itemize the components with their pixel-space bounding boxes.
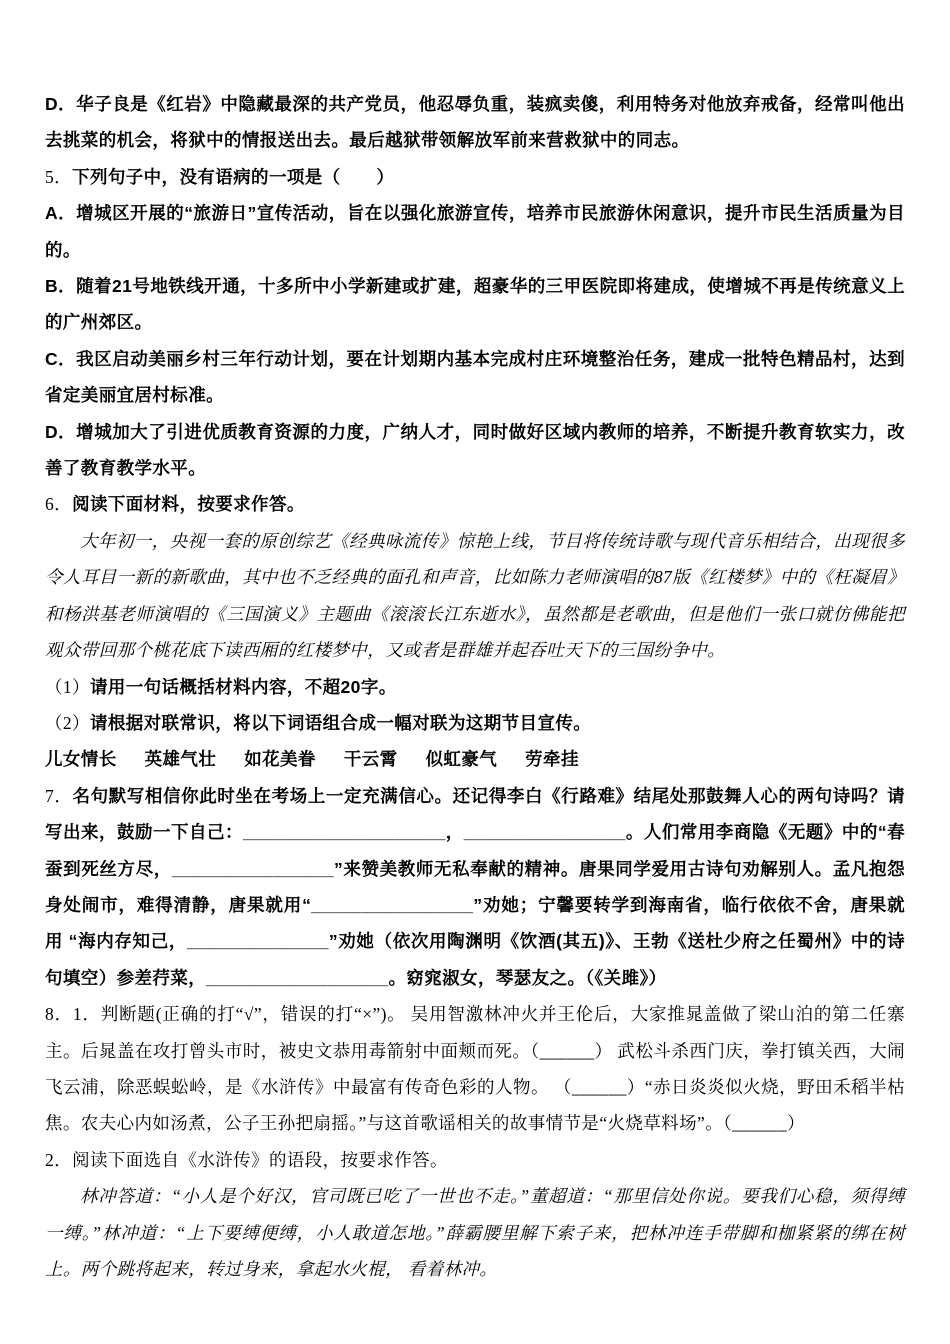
paragraph-text: 名句默写相信你此时坐在考场上一定充满信心。还记得李白《行路难》结尾处那鼓舞人心的… (45, 786, 905, 988)
paragraph-text: 阅读下面材料，按要求作答。 (72, 494, 305, 514)
question-8-sub-2-stem: 2．阅读下面选自《水浒传》的语段，按要求作答。 (45, 1142, 905, 1178)
paragraph-text: 判断题(正确的打“√”，错误的打“×”)。 吴用智激林冲火并王伦后，大家推晁盖做… (45, 1004, 905, 1133)
couplet-word: 劳牵挂 (525, 749, 579, 769)
question-8-judgment: 8．1．判断题(正确的打“√”，错误的打“×”)。 吴用智激林冲火并王伦后，大家… (45, 996, 905, 1142)
sub-question-number: （1） (45, 677, 90, 697)
question-5-option-b: B．随着21号地铁线开通，十多所中小学新建或扩建，超豪华的三甲医院即将建成，使增… (45, 268, 905, 341)
paragraph-text: 阅读下面选自《水浒传》的语段，按要求作答。 (72, 1150, 448, 1170)
sub-question-number: （2） (45, 713, 90, 733)
question-5-stem: 5．下列句子中，没有语病的一项是（ ） (45, 159, 905, 195)
question-5-option-c: C．我区启动美丽乡村三年行动计划，要在计划期内基本完成村庄环境整治任务，建成一批… (45, 341, 905, 414)
couplet-word-list: 儿女情长英雄气壮如花美眷干云霄似虹豪气劳牵挂 (45, 741, 905, 777)
question-6-sub-1: （1）请用一句话概括材料内容，不超20字。 (45, 669, 905, 705)
question-6-number: 6． (45, 494, 72, 514)
question-5-number: 5． (45, 167, 72, 187)
question-6-stem: 6．阅读下面材料，按要求作答。 (45, 486, 905, 522)
question-7-number: 7． (45, 786, 72, 806)
paragraph-text: 请根据对联常识，将以下词语组合成一幅对联为这期节目宣传。 (90, 713, 591, 733)
sub-question-number: 2． (45, 1150, 72, 1170)
paragraph-text: C．我区启动美丽乡村三年行动计划，要在计划期内基本完成村庄环境整治任务，建成一批… (45, 349, 905, 405)
paragraph-text: 大年初一，央视一套的原创综艺《经典咏流传》惊艳上线，节目将传统诗歌与现代音乐相结… (45, 531, 905, 660)
paragraph-text: B．随着21号地铁线开通，十多所中小学新建或扩建，超豪华的三甲医院即将建成，使增… (45, 276, 905, 332)
novel-option-d-hongyan: D．华子良是《红岩》中隐藏最深的共产党员，他忍辱负重，装疯卖傻，利用特务对他放弃… (45, 86, 905, 159)
paragraph-text: D．增城加大了引进优质教育资源的力度，广纳人才，同时做好区域内教师的培养，不断提… (45, 422, 905, 478)
question-5-option-d: D．增城加大了引进优质教育资源的力度，广纳人才，同时做好区域内教师的培养，不断提… (45, 414, 905, 487)
couplet-word: 干云霄 (344, 749, 398, 769)
paragraph-text: 林冲答道：“小人是个好汉，官司既已吃了一世也不走。”董超道：“那里信处你说。要我… (45, 1186, 905, 1279)
shuihu-passage: 林冲答道：“小人是个好汉，官司既已吃了一世也不走。”董超道：“那里信处你说。要我… (45, 1178, 905, 1287)
exam-page: D．华子良是《红岩》中隐藏最深的共产党员，他忍辱负重，装疯卖傻，利用特务对他放弃… (0, 0, 950, 1344)
couplet-word: 儿女情长 (45, 749, 117, 769)
couplet-word: 如花美眷 (244, 749, 316, 769)
couplet-word: 英雄气壮 (145, 749, 217, 769)
paragraph-text: D．华子良是《红岩》中隐藏最深的共产党员，他忍辱负重，装疯卖傻，利用特务对他放弃… (45, 94, 905, 150)
couplet-word: 似虹豪气 (426, 749, 498, 769)
question-8-number: 8．1． (45, 1004, 101, 1024)
question-7-dictation: 7．名句默写相信你此时坐在考场上一定充满信心。还记得李白《行路难》结尾处那鼓舞人… (45, 778, 905, 996)
paragraph-text: 请用一句话概括材料内容，不超20字。 (90, 677, 397, 697)
paragraph-text: A．增城区开展的“旅游日”宣传活动，旨在以强化旅游宣传，培养市民旅游休闲意识，提… (45, 203, 905, 259)
question-6-material-passage: 大年初一，央视一套的原创综艺《经典咏流传》惊艳上线，节目将传统诗歌与现代音乐相结… (45, 523, 905, 669)
paragraph-text: 下列句子中，没有语病的一项是（ ） (72, 167, 394, 187)
question-6-sub-2: （2）请根据对联常识，将以下词语组合成一幅对联为这期节目宣传。 (45, 705, 905, 741)
question-5-option-a: A．增城区开展的“旅游日”宣传活动，旨在以强化旅游宣传，培养市民旅游休闲意识，提… (45, 195, 905, 268)
